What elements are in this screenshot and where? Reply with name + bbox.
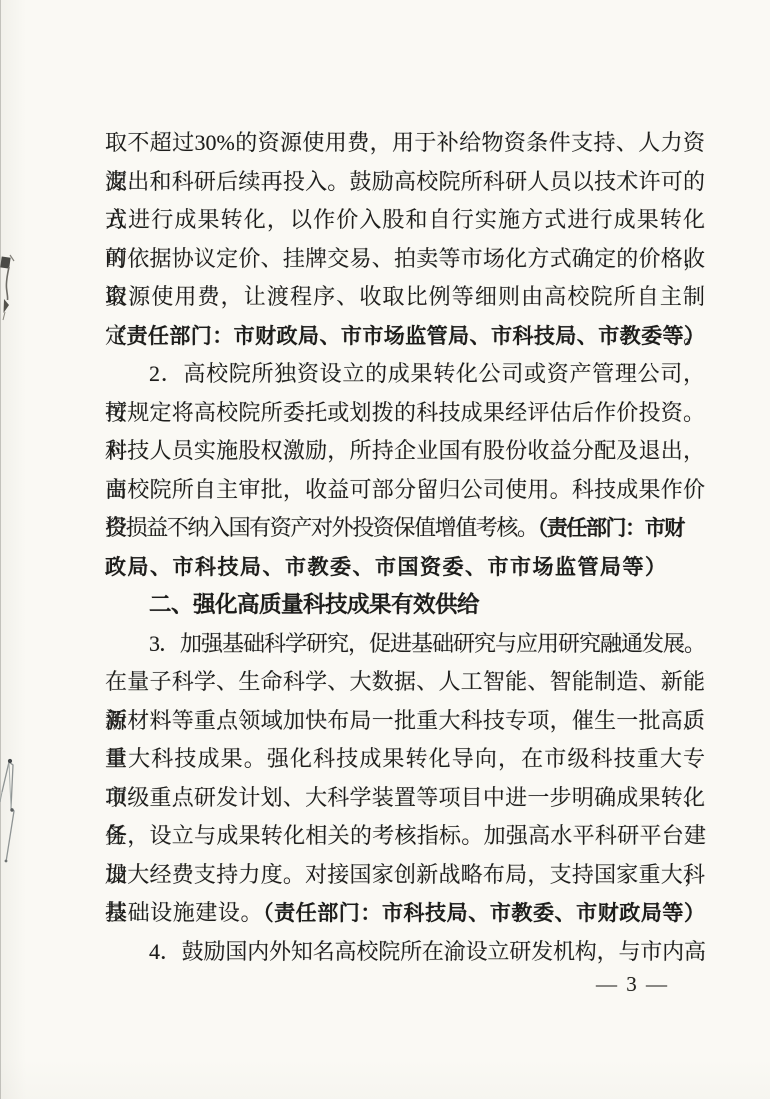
page-number: — 3 — [596, 972, 669, 997]
document-line: 市级重点研发计划、大科学装置等项目中进一步明确成果转化任 [105, 779, 705, 818]
body-text: 基础设施建设。 [105, 900, 263, 925]
section-heading-text: 二、强化高质量科技成果有效供给 [149, 592, 479, 617]
document-line: 可依据协议定价、挂牌交易、拍卖等市场化方式确定的价格收取 [105, 240, 705, 279]
responsibility-text: （责任部门：市科技局、市教委、市财政局等） [263, 901, 705, 925]
document-body: 取不超过30%的资源使用费，用于补给物资条件支持、人力资源 支出和科研后续再投入… [105, 124, 705, 971]
ink-smudge-artifact [0, 252, 18, 322]
staple-mark-artifact [0, 748, 22, 874]
scanned-document-page: 取不超过30%的资源使用费，用于补给物资条件支持、人力资源 支出和科研后续再投入… [0, 0, 770, 1099]
document-line: 取不超过30%的资源使用费，用于补给物资条件支持、人力资源 [105, 124, 705, 163]
document-line: 务，设立与成果转化相关的考核指标。加强高水平科研平台建设， [105, 817, 705, 856]
responsibility-note: （责任部门：市财政局、市市场监管局、市科技局、市教委等） [105, 317, 705, 356]
responsibility-text: （责任部门：市财 [538, 516, 684, 540]
responsibility-text: 政局、市科技局、市教委、市国资委、市市场监管局等） [105, 555, 668, 579]
document-line: 基础设施建设。（责任部门：市科技局、市教委、市财政局等） [105, 894, 705, 933]
document-line: 科技人员实施股权激励，所持企业国有股份收益分配及退出，由 [105, 432, 705, 471]
document-line: 3．加强基础科学研究，促进基础研究与应用研究融通发展。 [105, 625, 705, 664]
body-text: 4．鼓励国内外知名高校院所在渝设立研发机构，与市内高 [149, 939, 705, 964]
document-line: 重大科技成果。强化科技成果转化导向，在市级科技重大专项、 [105, 740, 705, 779]
document-line: 4．鼓励国内外知名高校院所在渝设立研发机构，与市内高 [105, 933, 705, 972]
body-text: 3．加强基础科学研究，促进基础研究与应用研究融通发展。 [149, 631, 705, 656]
document-line: 新材料等重点领域加快布局一批重大科技专项，催生一批高质量 [105, 702, 705, 741]
section-heading: 二、强化高质量科技成果有效供给 [105, 586, 705, 625]
document-line: 2．高校院所独资设立的成果转化公司或资产管理公司，可 [105, 355, 705, 394]
body-text: 资损益不纳入国有资产对外投资保值增值考核。 [105, 515, 538, 540]
document-line: 式进行成果转化，以作价入股和自行实施方式进行成果转化的， [105, 201, 705, 240]
document-line: 高校院所自主审批，收益可部分留归公司使用。科技成果作价投 [105, 471, 705, 510]
document-line: 加大经费支持力度。对接国家创新战略布局，支持国家重大科技 [105, 856, 705, 895]
document-line: 按规定将高校院所委托或划拨的科技成果经评估后作价投资。对 [105, 394, 705, 433]
document-line: 支出和科研后续再投入。鼓励高校院所科研人员以技术许可的方 [105, 163, 705, 202]
document-line: 资源使用费，让渡程序、收取比例等细则由高校院所自主制定。 [105, 278, 705, 317]
scan-edge-shadow [0, 0, 1, 1099]
document-line: 资损益不纳入国有资产对外投资保值增值考核。（责任部门：市财 [105, 509, 705, 548]
document-line: 在量子科学、生命科学、大数据、人工智能、智能制造、新能源、 [105, 663, 705, 702]
responsibility-text: （责任部门：市财政局、市市场监管局、市科技局、市教委等） [105, 324, 705, 348]
responsibility-note: 政局、市科技局、市教委、市国资委、市市场监管局等） [105, 548, 705, 587]
